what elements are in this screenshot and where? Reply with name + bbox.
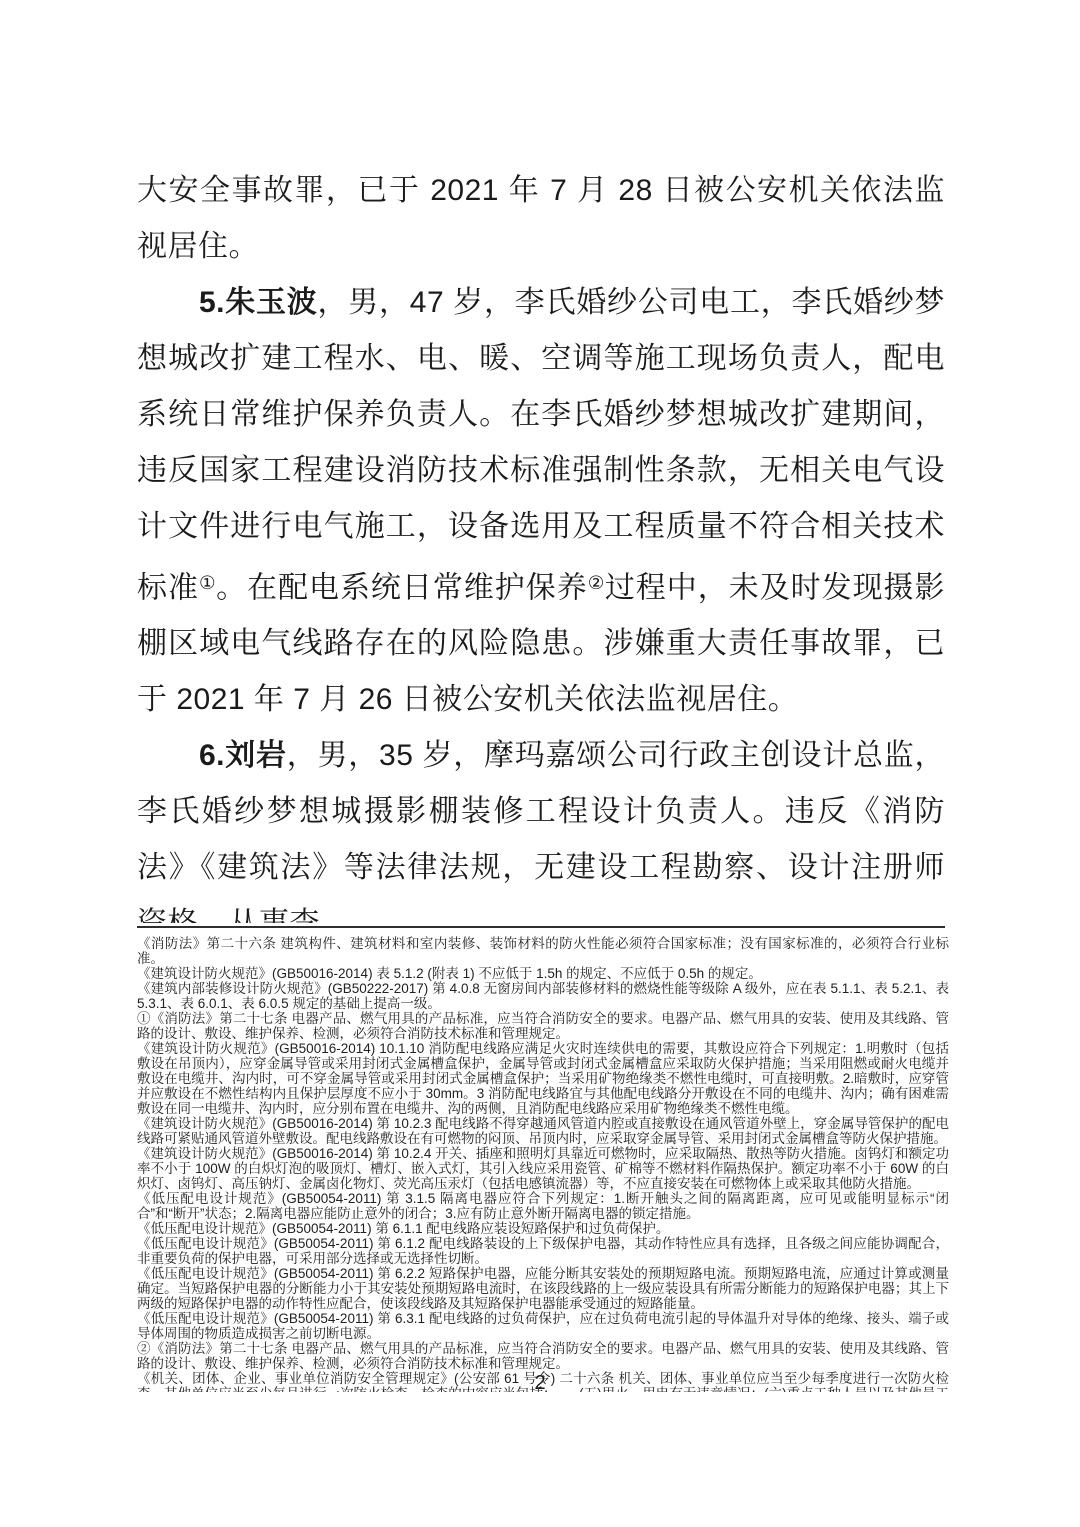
footnote-item: 《低压配电设计规范》(GB50054-2011) 第 6.1.2 配电线路装设的…	[137, 1236, 949, 1266]
person-name: 5.朱玉波	[199, 286, 318, 319]
footnote-item: 《低压配电设计规范》(GB50054-2011) 第 6.1.1 配电线路应装设…	[137, 1221, 949, 1236]
body-paragraph: 6.刘岩，男，35 岁，摩玛嘉颂公司行政主创设计总监，李氏婚纱梦想城摄影棚装修工…	[137, 728, 945, 923]
body-paragraph: 大安全事故罪，已于 2021 年 7 月 28 日被公安机关依法监视居住。	[137, 163, 945, 275]
page-number: 2	[0, 1372, 1080, 1395]
footnote-item: ①《消防法》第二十七条 电器产品、燃气用具的产品标准，应当符合消防安全的要求。电…	[137, 1011, 949, 1041]
footnote-ref-marker: ②	[588, 572, 605, 593]
footnotes: 《消防法》第二十六条 建筑构件、建筑材料和室内装修、装饰材料的防火性能必须符合国…	[137, 936, 949, 1392]
body-paragraph: 5.朱玉波，男，47 岁，李氏婚纱公司电工，李氏婚纱梦想城改扩建工程水、电、暖、…	[137, 275, 945, 728]
footnote-item: 《消防法》第二十六条 建筑构件、建筑材料和室内装修、装饰材料的防火性能必须符合国…	[137, 936, 949, 966]
footnote-item: 《低压配电设计规范》(GB50054-2011) 第 6.2.2 短路保护电器，…	[137, 1266, 949, 1311]
footnote-item: 《低压配电设计规范》(GB50054-2011) 第 3.1.5 隔离电器应符合…	[137, 1191, 949, 1221]
document-page: 大安全事故罪，已于 2021 年 7 月 28 日被公安机关依法监视居住。5.朱…	[0, 0, 1080, 1527]
person-name: 6.刘岩	[199, 739, 287, 772]
footnote-item: ②《消防法》第二十七条 电器产品、燃气用具的产品标准，应当符合消防安全的要求。电…	[137, 1341, 949, 1371]
footnote-item: 《建筑设计防火规范》(GB50016-2014) 第 10.2.3 配电线路不得…	[137, 1116, 949, 1146]
body-text: 大安全事故罪，已于 2021 年 7 月 28 日被公安机关依法监视居住。5.朱…	[137, 163, 945, 923]
footnote-item: 《建筑设计防火规范》(GB50016-2014) 第 10.2.4 开关、插座和…	[137, 1146, 949, 1191]
footnote-item: 《低压配电设计规范》(GB50054-2011) 第 6.3.1 配电线路的过负…	[137, 1311, 949, 1341]
footnote-separator	[137, 926, 945, 928]
footnote-item: 《建筑内部装修设计防火规范》(GB50222-2017) 第 4.0.8 无窗房…	[137, 981, 949, 1011]
footnote-item: 《建筑设计防火规范》(GB50016-2014) 表 5.1.2 (附表 1) …	[137, 966, 949, 981]
footnote-ref-marker: ①	[199, 572, 216, 593]
footnote-item: 《建筑设计防火规范》(GB50016-2014) 10.1.10 消防配电线路应…	[137, 1041, 949, 1116]
